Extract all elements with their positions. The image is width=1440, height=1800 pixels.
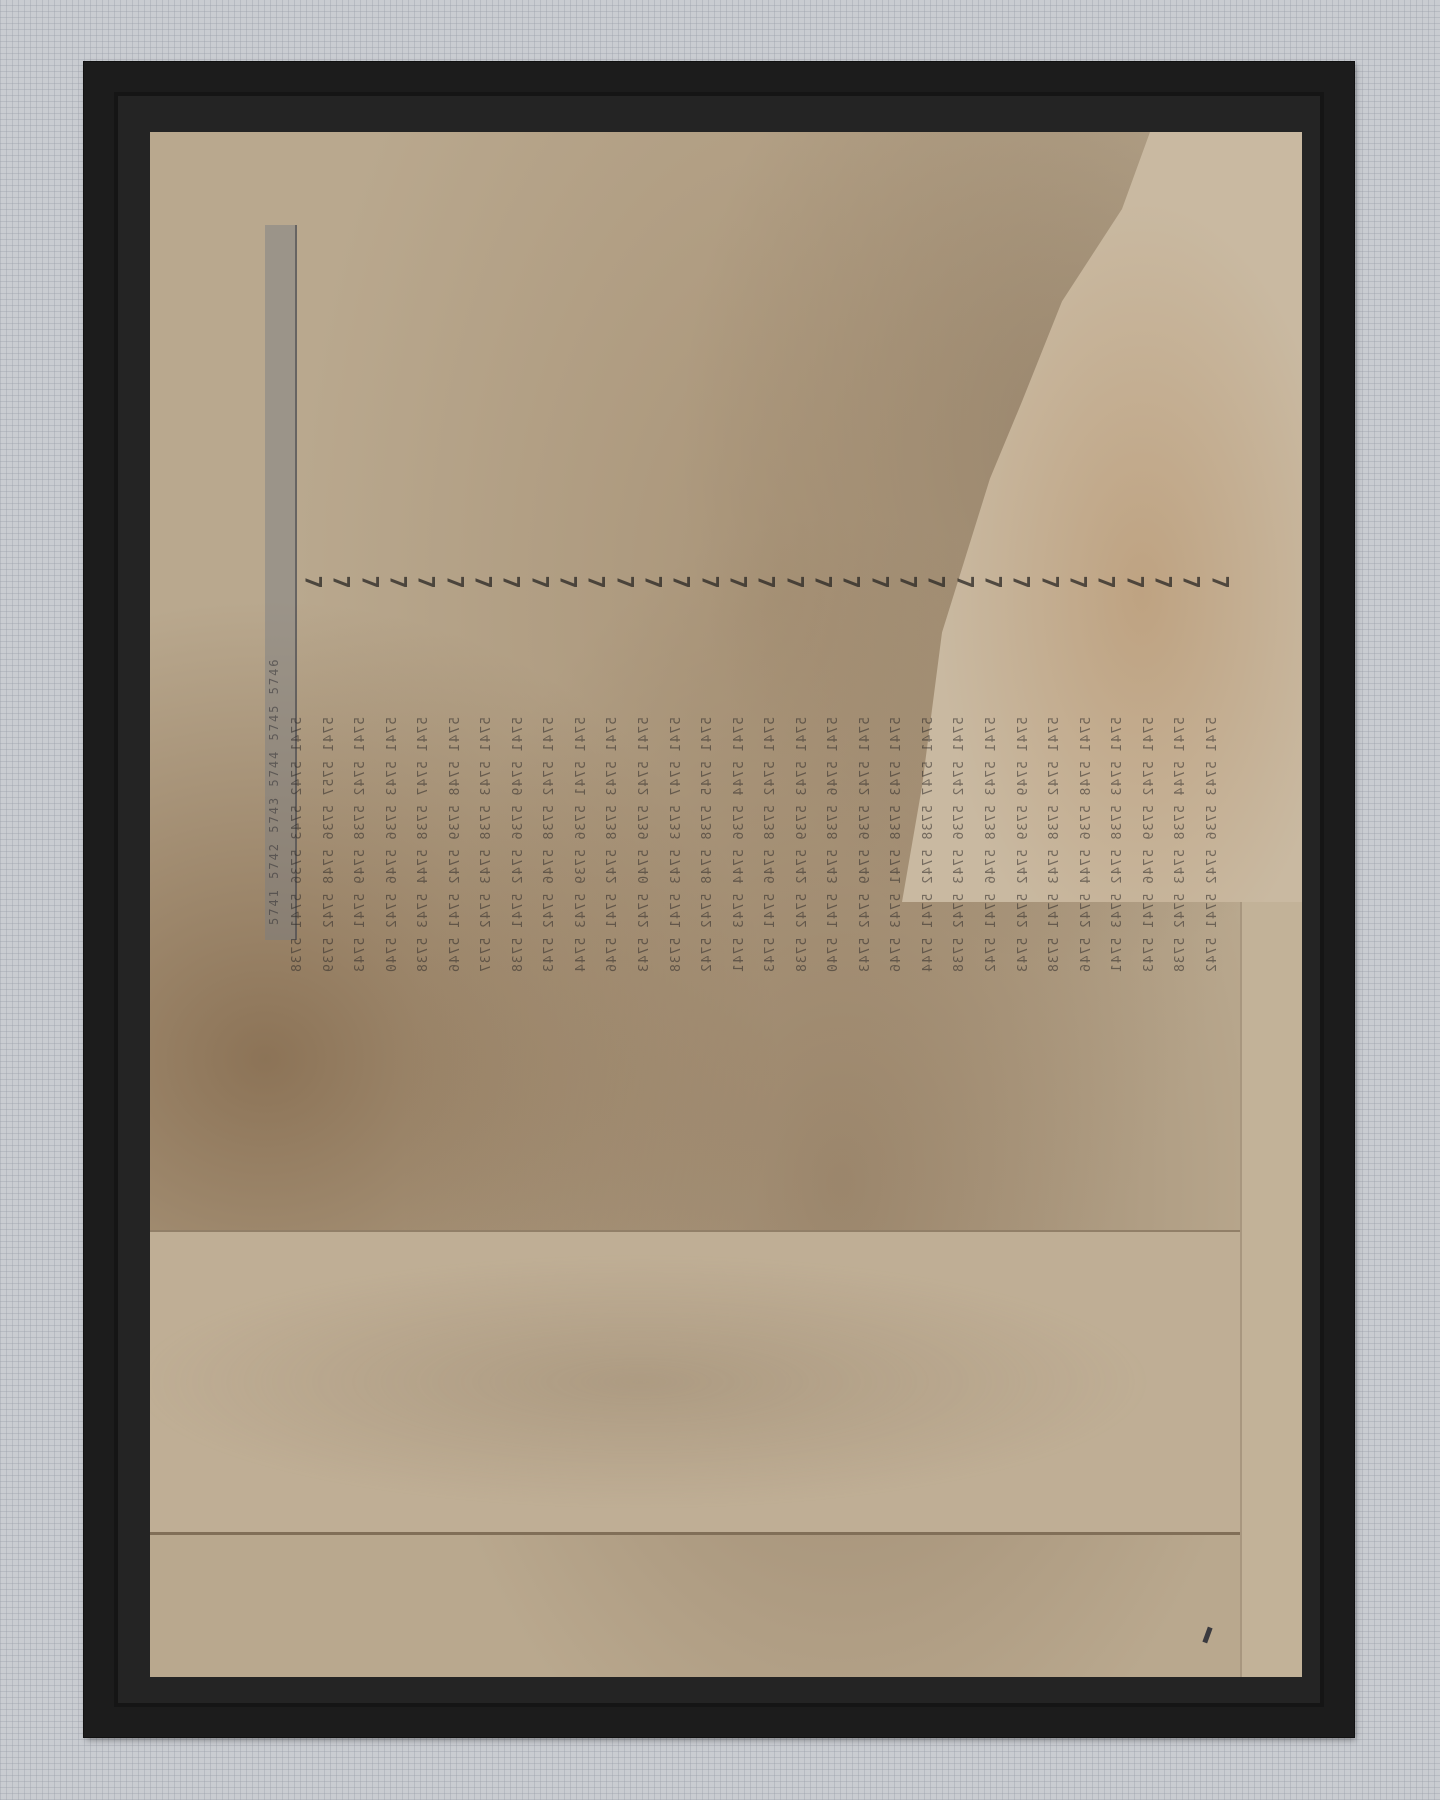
- number-column: 5741 5743 5738 5746 5741 5742: [984, 717, 999, 1047]
- printed-number-grid: 5741 5742 5743 5736 5741 5738 5741 5757 …: [290, 717, 1220, 1047]
- sevens-row: 7 7 7 7 7 7 7 7 7 7 7 7 7 7 7 7 7 7 7 7 …: [298, 562, 1218, 602]
- number-column: 5741 5748 5736 5744 5742 5746: [1079, 717, 1094, 1047]
- number-column: 5741 5742 5738 5746 5741 5743: [763, 717, 778, 1047]
- number-column: 5741 5743 5738 5743 5742 5737: [479, 717, 494, 1047]
- right-paper-panel: [1240, 902, 1302, 1677]
- lower-paper-panel: [150, 1230, 1240, 1535]
- number-column: 5741 5743 5738 5742 5741 5746: [605, 717, 620, 1047]
- number-column: 5741 5749 5739 5742 5742 5743: [1016, 717, 1031, 1047]
- digit-seven: 7: [1191, 575, 1231, 588]
- number-column: 5741 5742 5739 5746 5741 5743: [1142, 717, 1157, 1047]
- number-column: 5741 5748 5739 5742 5741 5746: [448, 717, 463, 1047]
- number-column: 5741 5747 5738 5742 5741 5744: [921, 717, 936, 1047]
- number-column: 5741 5742 5738 5749 5741 5743: [353, 717, 368, 1047]
- number-column: 5741 5747 5733 5743 5741 5738: [669, 717, 684, 1047]
- number-column: 5741 5744 5738 5743 5742 5738: [1173, 717, 1188, 1047]
- number-column: 5741 5742 5738 5743 5741 5738: [1047, 717, 1062, 1047]
- number-column: 5741 5743 5736 5742 5741 5742: [1205, 717, 1220, 1047]
- number-column: 5741 5745 5738 5748 5742 5742: [700, 717, 715, 1047]
- number-column: 5741 5743 5739 5742 5742 5738: [795, 717, 810, 1047]
- number-column: 5741 5742 5743 5736 5741 5738: [290, 717, 305, 1047]
- number-column: 5741 5742 5736 5743 5742 5738: [952, 717, 967, 1047]
- ink-mark: [1202, 1627, 1212, 1644]
- number-column: 5741 5743 5736 5746 5742 5740: [385, 717, 400, 1047]
- number-column: 5741 5757 5736 5748 5742 5739: [322, 717, 337, 1047]
- number-column: 5741 5742 5739 5740 5742 5743: [637, 717, 652, 1047]
- number-column: 5741 5747 5738 5744 5743 5738: [416, 717, 431, 1047]
- number-column: 5741 5744 5736 5744 5743 5741: [732, 717, 747, 1047]
- number-column: 5741 5743 5738 5741 5743 5746: [889, 717, 904, 1047]
- number-column: 5741 5749 5736 5742 5741 5738: [511, 717, 526, 1047]
- number-column: 5741 5742 5736 5749 5742 5743: [858, 717, 873, 1047]
- number-column: 5741 5742 5738 5746 5742 5743: [542, 717, 557, 1047]
- aged-paper-artwork: 5741 5742 5743 5744 5745 5746 7 7 7 7 7 …: [150, 132, 1302, 1677]
- number-column: 5741 5743 5738 5742 5743 5741: [1110, 717, 1125, 1047]
- number-column: 5741 5741 5736 5739 5743 5744: [574, 717, 589, 1047]
- number-column: 5741 5746 5738 5743 5741 5740: [826, 717, 841, 1047]
